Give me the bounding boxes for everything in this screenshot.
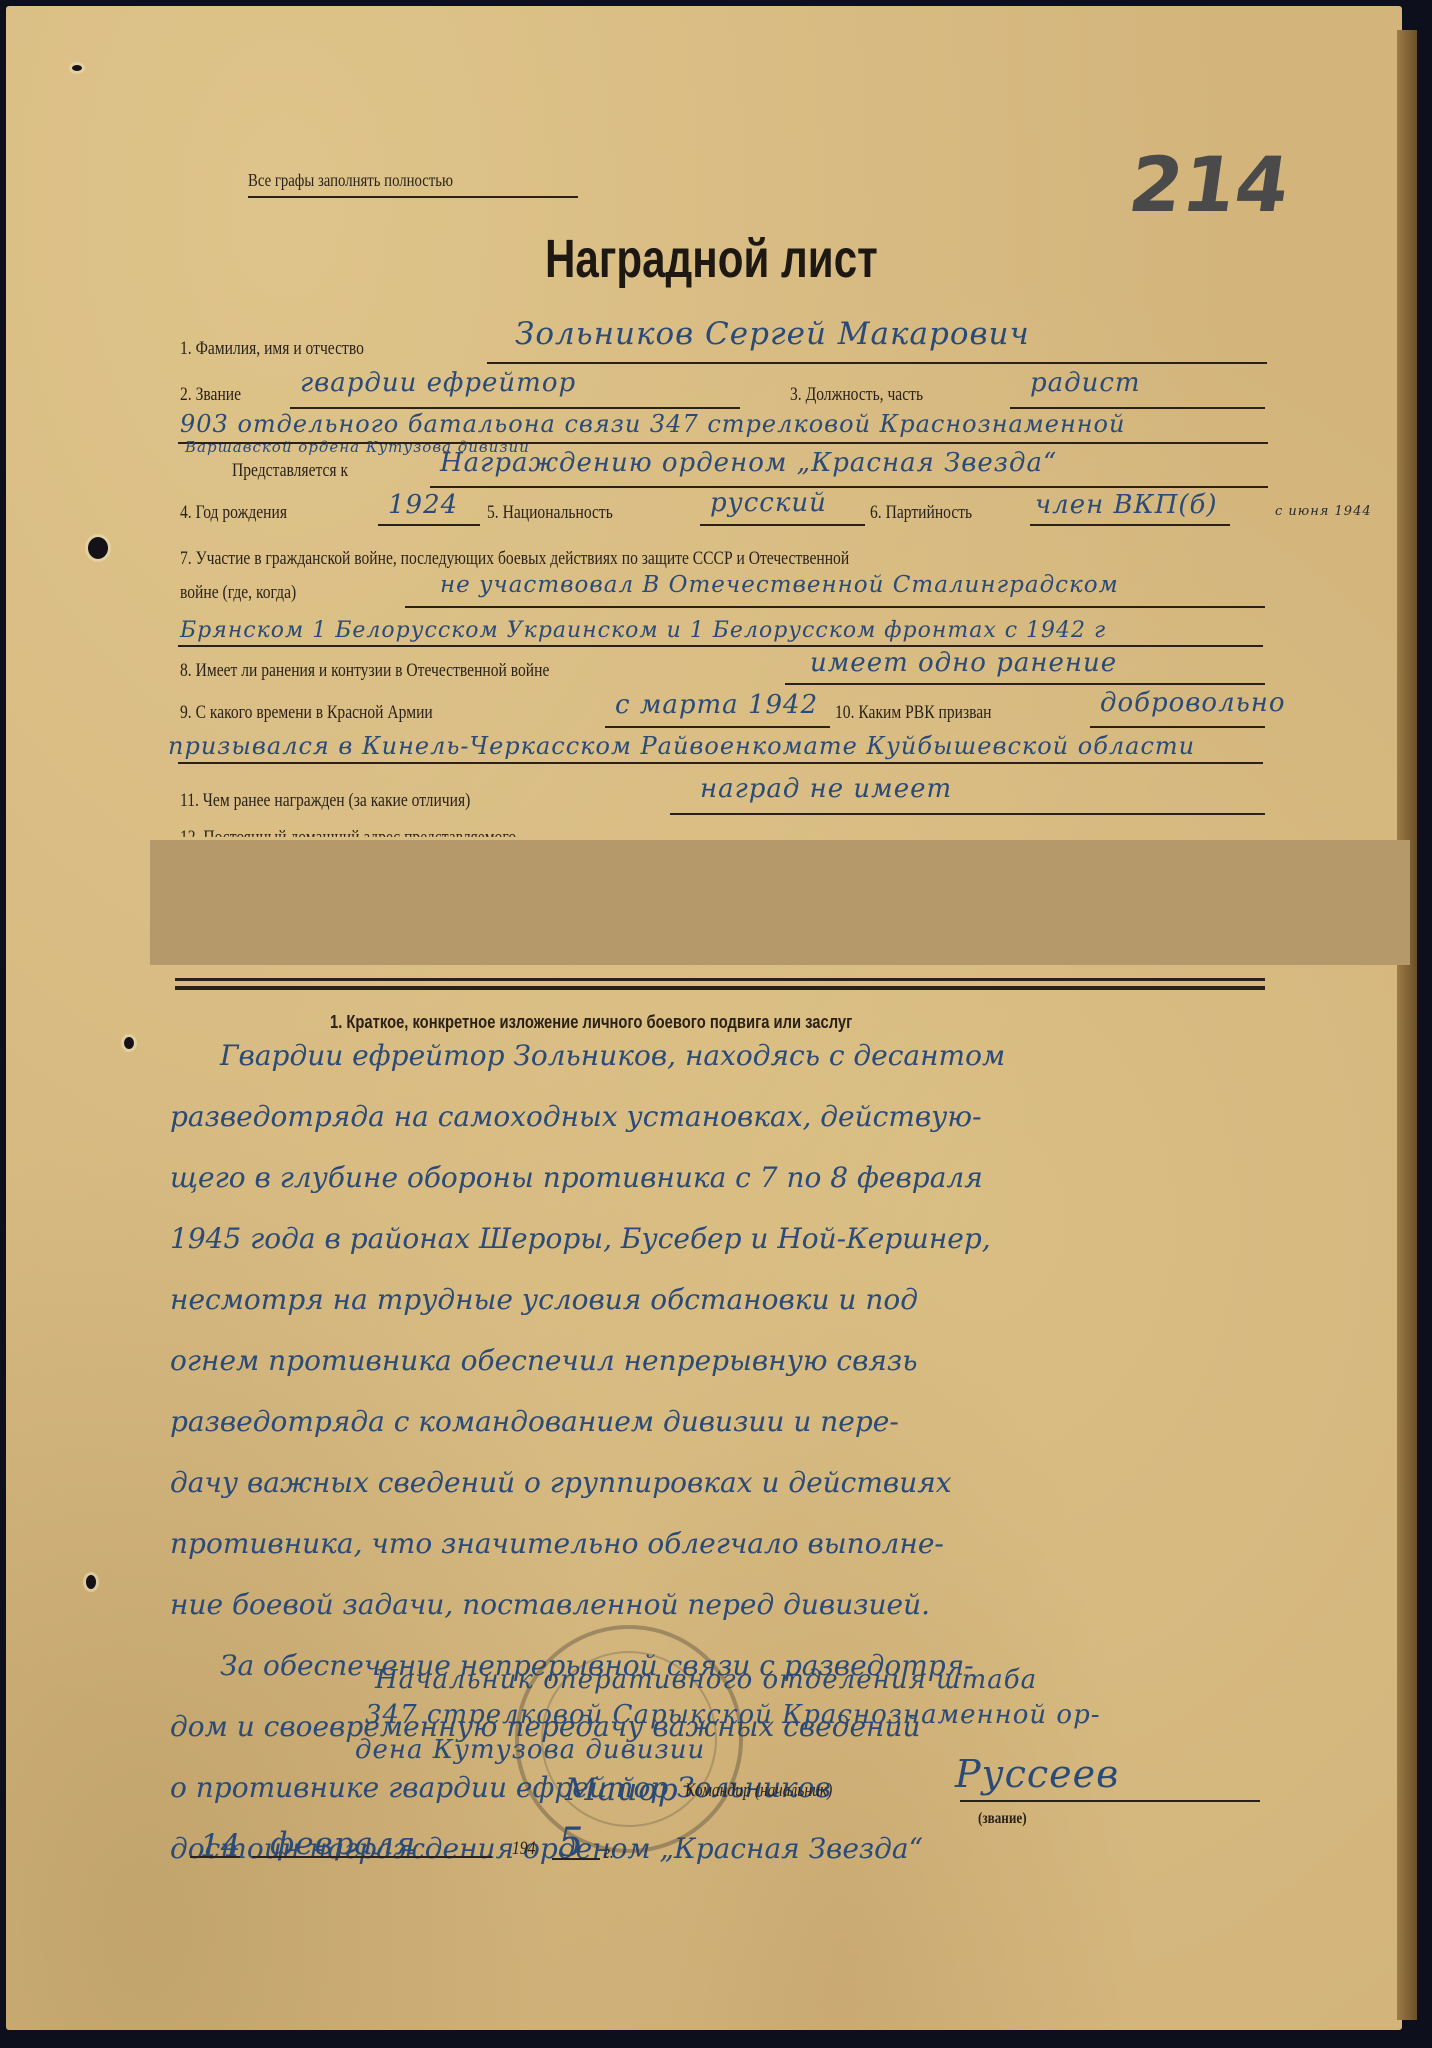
signature-underline bbox=[960, 1800, 1260, 1802]
field-label-presented: Представляется к bbox=[232, 460, 348, 482]
narrative-line: разведотряда на самоходных установках, д… bbox=[170, 1086, 1410, 1147]
signatory-title-line3: дена Кутузова дивизии bbox=[355, 1735, 705, 1765]
field-value-participation: не участвовал В Отечественной Сталинград… bbox=[440, 572, 1119, 598]
field-underline bbox=[700, 524, 865, 526]
narrative-line: дачу важных сведений о группировках и де… bbox=[170, 1452, 1410, 1513]
field-underline bbox=[178, 762, 1263, 764]
field-underline bbox=[405, 606, 1265, 608]
narrative-line: разведотряда с командованием дивизии и п… bbox=[170, 1391, 1410, 1452]
field-value-party: член ВКП(б) bbox=[1035, 490, 1218, 520]
signatory-title-line1: Начальник оперативного отделения штаба bbox=[375, 1665, 1037, 1695]
field-label-participation: 7. Участие в гражданской войне, последую… bbox=[180, 548, 849, 570]
date-year-prefix: 194 bbox=[512, 1838, 535, 1860]
narrative-line: ние боевой задачи, поставленной перед ди… bbox=[170, 1574, 1410, 1635]
field-label-army-since: 9. С какого времени в Красной Армии bbox=[180, 702, 433, 724]
signatory-rank: Майор bbox=[565, 1772, 679, 1808]
field-underline bbox=[785, 683, 1265, 685]
field-label-nationality: 5. Национальность bbox=[487, 502, 613, 524]
field-label-birth-year: 4. Год рождения bbox=[180, 502, 287, 524]
field-underline bbox=[178, 645, 1263, 647]
field-label-party: 6. Партийность bbox=[870, 502, 972, 524]
narrative-line: щего в глубине обороны противника с 7 по… bbox=[170, 1147, 1410, 1208]
archive-number: 214 bbox=[1124, 140, 1295, 229]
page-title: Наградной лист bbox=[545, 228, 878, 290]
field-underline bbox=[430, 486, 1268, 488]
punch-hole bbox=[88, 537, 108, 559]
field-value-rvk-cont: призывался в Кинель-Черкасском Райвоенко… bbox=[168, 732, 1195, 760]
field-value-unit: 903 отдельного батальона связи 347 стрел… bbox=[180, 410, 1125, 438]
signatory-title-line2: 347 стрелковой Сарыкской Краснознаменной… bbox=[365, 1700, 1101, 1730]
field-value-nationality: русский bbox=[710, 488, 827, 518]
punch-hole bbox=[124, 1037, 134, 1049]
rank-caption: (звание) bbox=[978, 1810, 1027, 1828]
field-label-rvk: 10. Каким РВК призван bbox=[835, 702, 992, 724]
field-underline bbox=[1030, 524, 1230, 526]
field-value-prior-awards: наград не имеет bbox=[700, 774, 952, 804]
field-label-participation-cont: войне (где, когда) bbox=[180, 582, 296, 604]
date-underline bbox=[252, 1856, 492, 1858]
field-value-rank: гвардии ефрейтор bbox=[300, 368, 576, 398]
field-value-army-since: с марта 1942 bbox=[615, 690, 818, 720]
narrative-line: 1945 года в районах Шероры, Бусебер и Но… bbox=[170, 1208, 1410, 1269]
punch-hole bbox=[86, 1575, 96, 1589]
narrative-line: Гвардии ефрейтор Зольников, находясь с д… bbox=[170, 1025, 1410, 1086]
field-value-name: Зольников Сергей Макарович bbox=[515, 316, 1030, 352]
field-underline bbox=[605, 726, 830, 728]
field-label-position: 3. Должность, часть bbox=[790, 384, 923, 406]
narrative-line: огнем противника обеспечил непрерывную с… bbox=[170, 1330, 1410, 1391]
section-divider bbox=[175, 986, 1265, 990]
signature: Руссеев bbox=[955, 1752, 1119, 1796]
field-underline bbox=[670, 813, 1265, 815]
date-underline bbox=[552, 1858, 600, 1860]
divider bbox=[248, 196, 578, 198]
instruction-text: Все графы заполнять полностью bbox=[248, 170, 453, 191]
field-value-position: радист bbox=[1030, 368, 1141, 398]
field-value-wounds: имеет одно ранение bbox=[810, 648, 1117, 678]
field-value-birth-year: 1924 bbox=[388, 490, 458, 520]
narrative-line: несмотря на трудные условия обстановки и… bbox=[170, 1269, 1410, 1330]
field-label-rank: 2. Звание bbox=[180, 384, 241, 406]
date-underline bbox=[190, 1856, 240, 1858]
field-label-prior-awards: 11. Чем ранее награжден (за какие отличи… bbox=[180, 790, 470, 812]
field-value-presented: Награждению орденом „Красная Звезда“ bbox=[440, 448, 1057, 478]
commander-label: Командир (начальник) bbox=[685, 1780, 832, 1802]
date-g: г. bbox=[604, 1842, 614, 1864]
field-value-participation-cont: Брянском 1 Белорусском Украинском и 1 Бе… bbox=[180, 618, 1106, 643]
narrative-line: противника, что значительно облегчало вы… bbox=[170, 1513, 1410, 1574]
section-divider bbox=[175, 978, 1265, 981]
field-label-wounds: 8. Имеет ли ранения и контузии в Отечест… bbox=[180, 660, 549, 682]
field-underline bbox=[1090, 726, 1265, 728]
date-day: 14 bbox=[200, 1828, 241, 1864]
redaction-block bbox=[150, 840, 1410, 965]
field-underline bbox=[378, 524, 480, 526]
field-note-party: с июня 1944 bbox=[1275, 504, 1372, 519]
pin-hole bbox=[72, 65, 82, 71]
field-underline bbox=[1010, 407, 1265, 409]
field-label-name: 1. Фамилия, имя и отчество bbox=[180, 338, 364, 360]
field-underline bbox=[290, 407, 740, 409]
field-underline bbox=[487, 362, 1267, 364]
field-value-rvk: добровольно bbox=[1100, 688, 1286, 718]
